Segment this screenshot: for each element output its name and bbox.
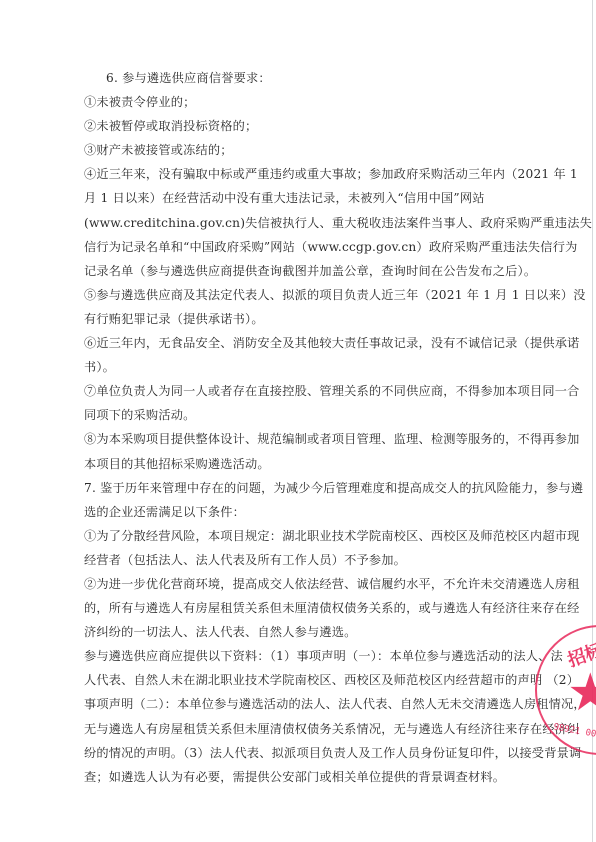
text-line: ③财产未被接管或冻结的； (84, 138, 500, 162)
text-line: ⑤参与遴选供应商及其法定代表人、拟派的项目负责人近三年（2021 年 1 月 1… (84, 283, 500, 307)
text-line: 信行为记录名单和“中国政府采购”网站（www.ccgp.gov.cn）政府采购严… (84, 235, 500, 259)
text-line: 书）。 (84, 355, 500, 379)
text-line: 事项声明（二）：本单位参与遴选活动的法人、法人代表、自然人无未交清遴选人房租情况… (84, 692, 500, 716)
text-line: 查；如遴选人认为有必要，需提供公安部门或相关单位提供的背景调查材料。 (84, 765, 500, 789)
text-line: 选的企业还需满足以下条件： (84, 500, 500, 524)
text-line: ⑥近三年内，无食品安全、消防安全及其他较大责任事故记录，没有不诚信记录（提供承诺 (84, 331, 500, 355)
star-icon: ★ (567, 667, 596, 719)
text-line: 记录名单（参与遴选供应商提供查询截图并加盖公章，查询时间在公告发布之后）。 (84, 259, 500, 283)
text-line: ②为进一步优化营商环境，提高成交人依法经营、诚信履约水平，不允许未交清遴选人房租 (84, 572, 500, 596)
text-line: ④近三年来，没有骗取中标或严重违约或重大事故；参加政府采购活动三年内（2021 … (84, 162, 500, 186)
text-line: 济纠纷的一切法人、法人代表、自然人参与遴选。 (84, 620, 500, 644)
text-line: (www.creditchina.gov.cn)失信被执行人、重大税收违法案件当… (84, 211, 500, 235)
document-body: 6. 参与遴选供应商信誉要求： ①未被责令停业的； ②未被暂停或取消投标资格的；… (84, 66, 500, 789)
text-line: 纷的情况的声明。（3）法人代表、拟派项目负责人及工作人员身份证复印件，以接受背景… (84, 741, 500, 765)
text-line: ①未被责令停业的； (84, 90, 500, 114)
text-line: 的，所有与遴选人有房屋租赁关系但未厘清债权债务关系的，或与遴选人有经济往来存在经 (84, 596, 500, 620)
text-line: 月 1 日以来）在经营活动中没有重大违法记录，未被列入“信用中国”网站 (84, 186, 500, 210)
text-line: ⑦单位负责人为同一人或者存在直接控股、管理关系的不同供应商，不得参加本项目同一合 (84, 379, 500, 403)
text-line: 有行贿犯罪记录（提供承诺书）。 (84, 307, 500, 331)
text-line: 经营者（包括法人、法人代表及所有工作人员）不予参加。 (84, 548, 500, 572)
text-line: ①为了分散经营风险，本项目规定：湖北职业技术学院南校区、西校区及师范校区内超市现 (84, 524, 500, 548)
section-heading: 7. 鉴于历年来管理中存在的问题，为减少今后管理难度和提高成交人的抗风险能力，参… (84, 476, 500, 500)
text-line: ⑧为本采购项目提供整体设计、规范编制或者项目管理、监理、检测等服务的，不得再参加 (84, 427, 500, 451)
text-line: ②未被暂停或取消投标资格的； (84, 114, 500, 138)
text-line: 本项目的其他招标采购遴选活动。 (84, 452, 500, 476)
text-line: 同项下的采购活动。 (84, 403, 500, 427)
text-line: 参与遴选供应商应提供以下资料：（1）事项声明（一）：本单位参与遴选活动的法人、法 (84, 644, 500, 668)
text-line: 人代表、自然人未在湖北职业技术学院南校区、西校区及师范校区内经营超市的声明 （2… (84, 668, 500, 692)
stamp-code: 98921 0023 (553, 722, 596, 741)
text-line: 无与遴选人有房屋租赁关系但未厘清债权债务关系情况，无与遴选人有经济往来存在经济纠 (84, 717, 500, 741)
section-heading: 6. 参与遴选供应商信誉要求： (84, 66, 500, 90)
